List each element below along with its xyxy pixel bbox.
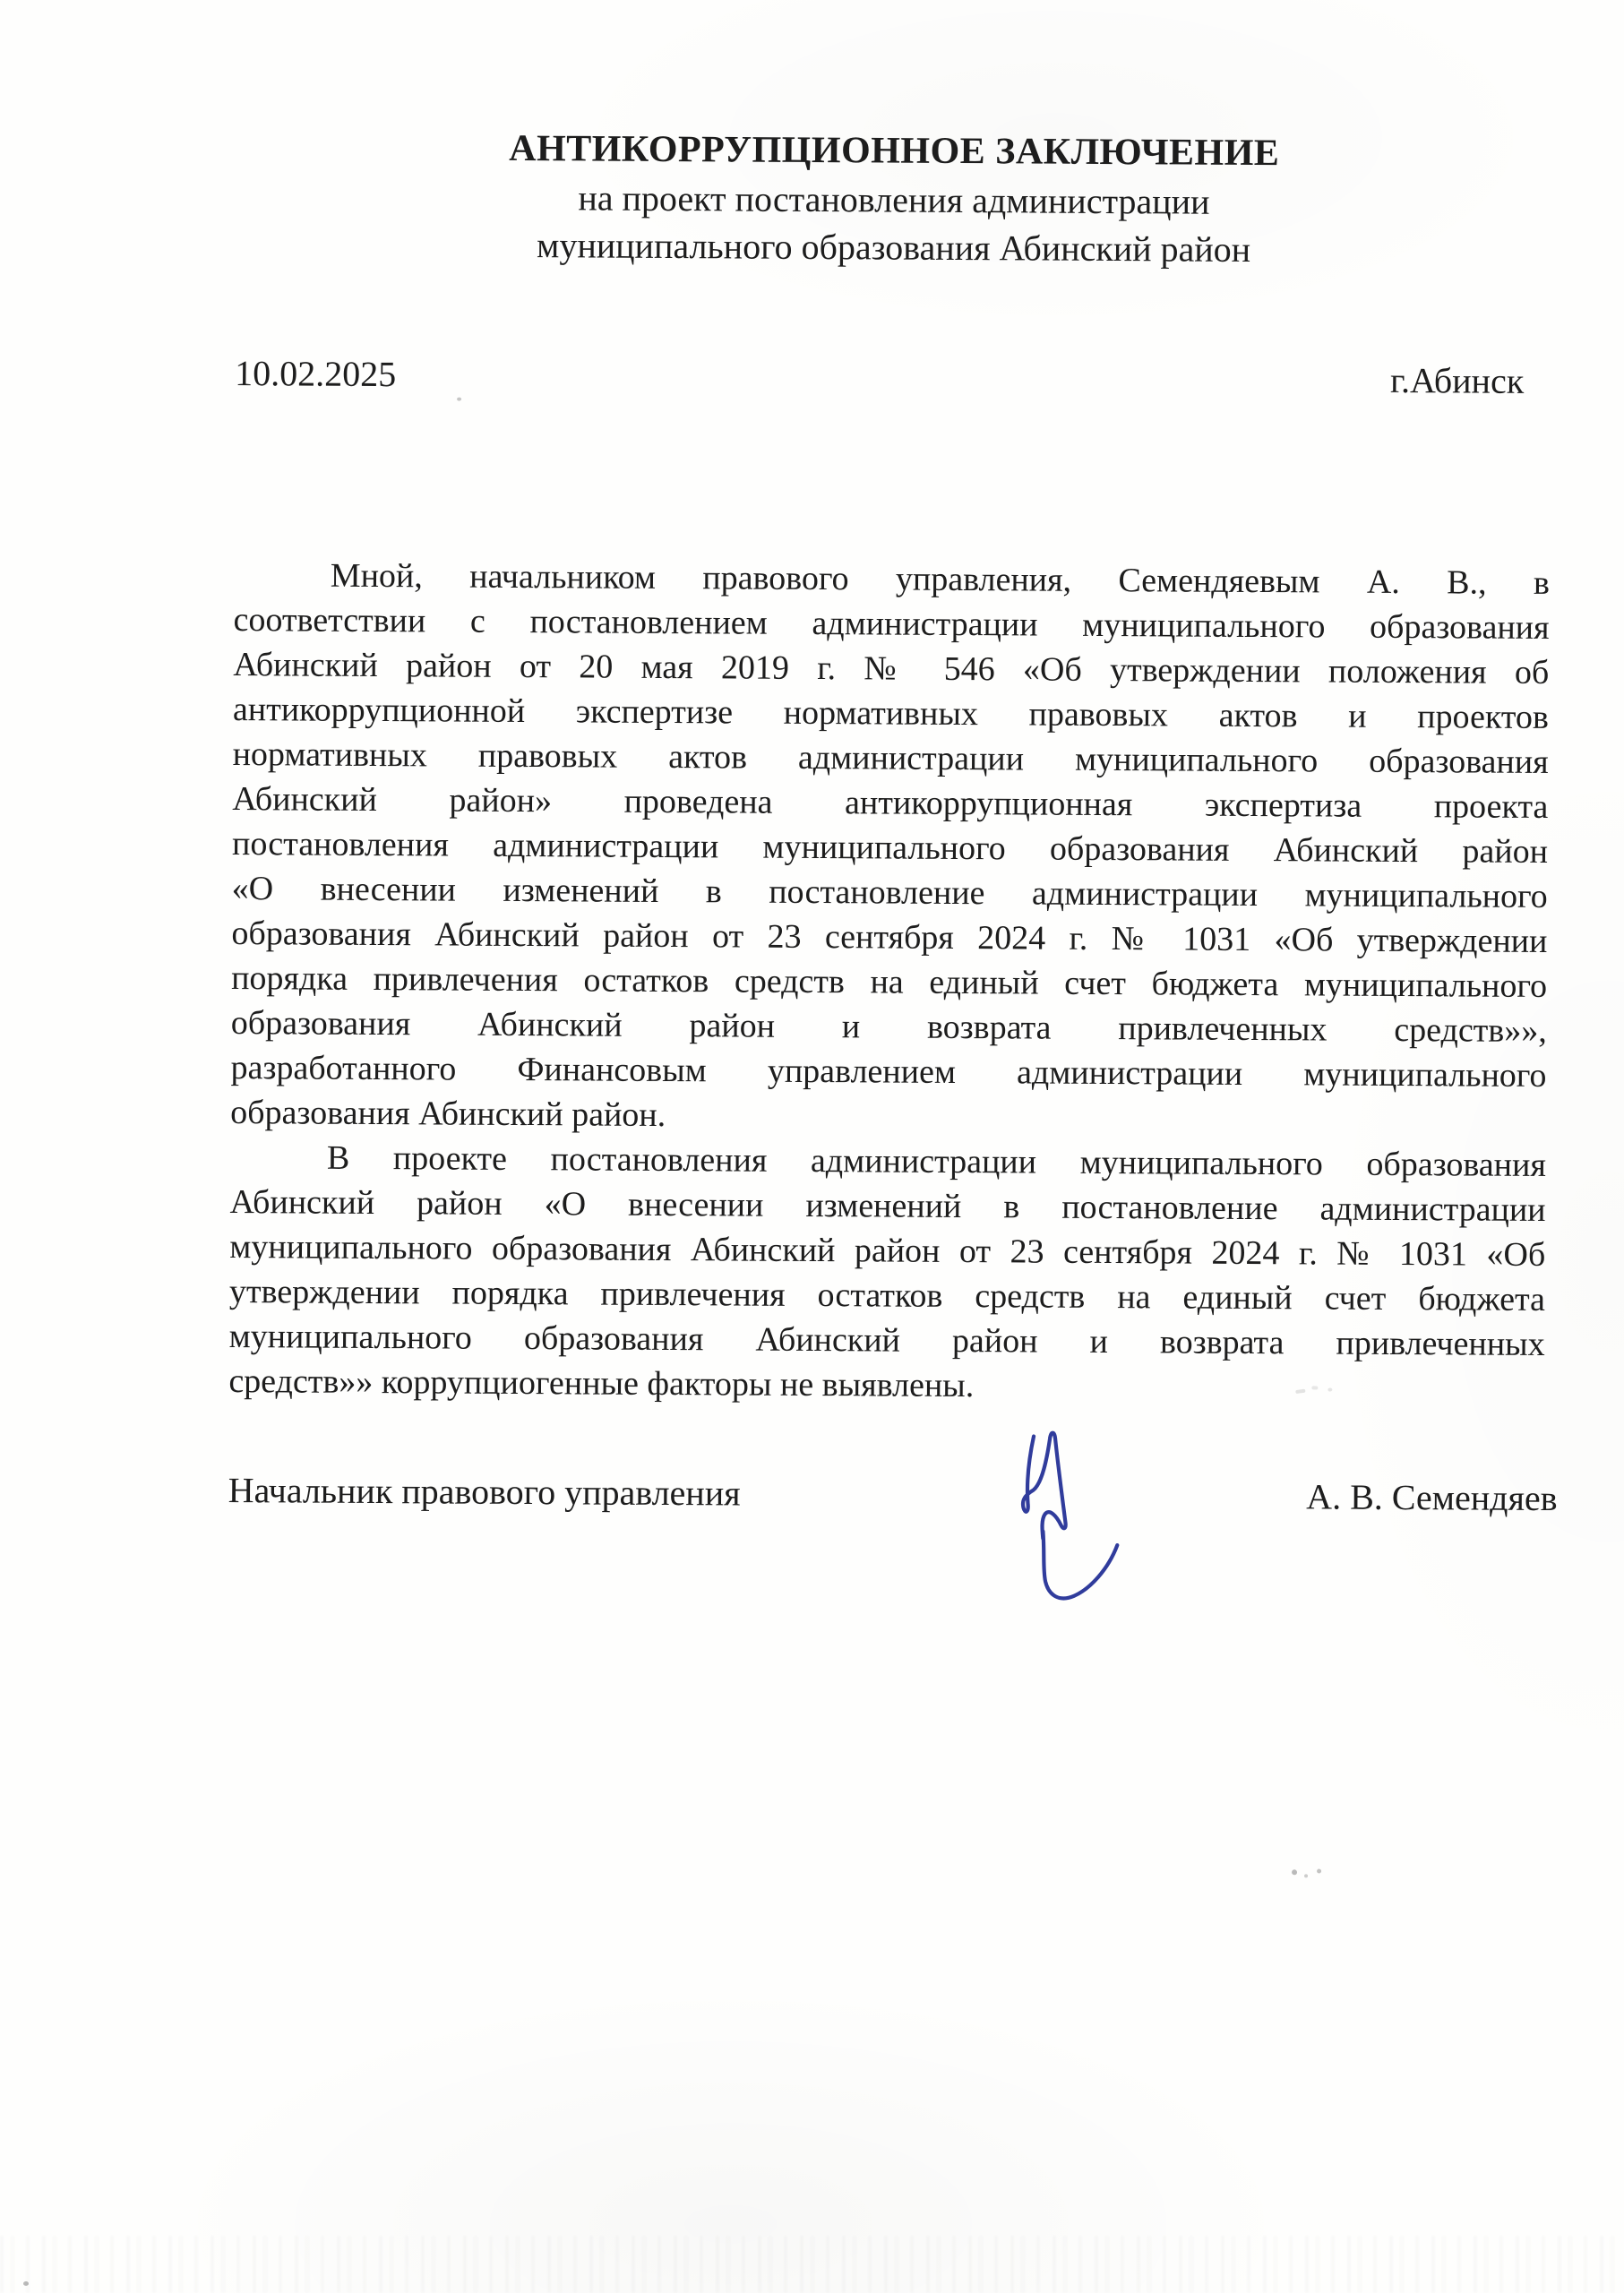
scan-edge-noise [0, 2236, 1624, 2293]
scan-speck [1311, 1386, 1318, 1389]
scanned-document-page: АНТИКОРРУПЦИОННОЕ ЗАКЛЮЧЕНИЕ на проект п… [0, 0, 1624, 2293]
signature-stroke-tail [1043, 1532, 1117, 1599]
document-content: АНТИКОРРУПЦИОННОЕ ЗАКЛЮЧЕНИЕ на проект п… [0, 0, 1624, 2293]
text-line: Абинский район» проведена антикоррупцион… [232, 777, 1548, 829]
scan-speck [1304, 1874, 1308, 1877]
paragraph-2: В проекте постановления администрации му… [228, 1135, 1546, 1412]
text-line: Абинский район «О внесении изменений в п… [229, 1180, 1545, 1232]
text-line: антикоррупционной экспертизе нормативных… [233, 687, 1549, 740]
text-line: нормативных правовых актов администрации… [233, 732, 1549, 785]
text-line: Абинский район от 20 мая 2019 г. № 546 «… [233, 642, 1549, 695]
date-place-row: 10.02.2025 г.Абинск [235, 351, 1524, 404]
text-line: муниципального образования Абинский райо… [229, 1224, 1545, 1277]
scan-speck [1317, 1868, 1321, 1873]
text-line: порядка привлечения остатков средств на … [231, 956, 1547, 1009]
document-place: г.Абинск [1390, 358, 1524, 404]
document-title: АНТИКОРРУПЦИОННОЕ ЗАКЛЮЧЕНИЕ [236, 122, 1552, 180]
text-line: соответствии с постановлением администра… [233, 597, 1549, 650]
text-line: постановления администрации муниципально… [232, 821, 1548, 874]
document-date: 10.02.2025 [235, 351, 396, 397]
signer-position: Начальник правового управления [228, 1468, 740, 1516]
document-body: Мной, начальником правового управления, … [228, 553, 1550, 1412]
handwritten-signature-icon [993, 1425, 1138, 1614]
scan-speck [457, 398, 461, 401]
signature-stroke-zigzag [1023, 1433, 1067, 1539]
text-line: «О внесении изменений в постановление ад… [232, 866, 1548, 919]
text-line: образования Абинский район от 23 сентябр… [231, 911, 1547, 964]
scan-speck [1292, 1869, 1297, 1875]
text-line: В проекте постановления администрации му… [230, 1135, 1546, 1188]
text-line: образования Абинский район и возврата пр… [231, 1001, 1547, 1053]
text-line: средств»» коррупциогенные факторы не выя… [228, 1359, 1544, 1412]
document-header: АНТИКОРРУПЦИОННОЕ ЗАКЛЮЧЕНИЕ на проект п… [236, 122, 1552, 275]
paragraph-1: Мной, начальником правового управления, … [230, 553, 1550, 1143]
text-line: утверждении порядка привлечения остатков… [229, 1269, 1545, 1322]
scan-speck [1328, 1388, 1332, 1392]
text-line: образования Абинский район. [230, 1090, 1546, 1143]
document-subtitle-line-1: на проект постановления администрации [236, 172, 1551, 228]
text-line: Мной, начальником правового управления, … [234, 553, 1550, 605]
signer-name: А. В. Семендяев [1306, 1474, 1558, 1521]
text-line: муниципального образования Абинский райо… [229, 1314, 1545, 1367]
signature-row: Начальник правового управления А. В. Сем… [228, 1468, 1557, 1521]
text-line: разработанного Финансовым управлением ад… [230, 1045, 1546, 1098]
document-subtitle-line-2: муниципального образования Абинский райо… [236, 219, 1551, 275]
